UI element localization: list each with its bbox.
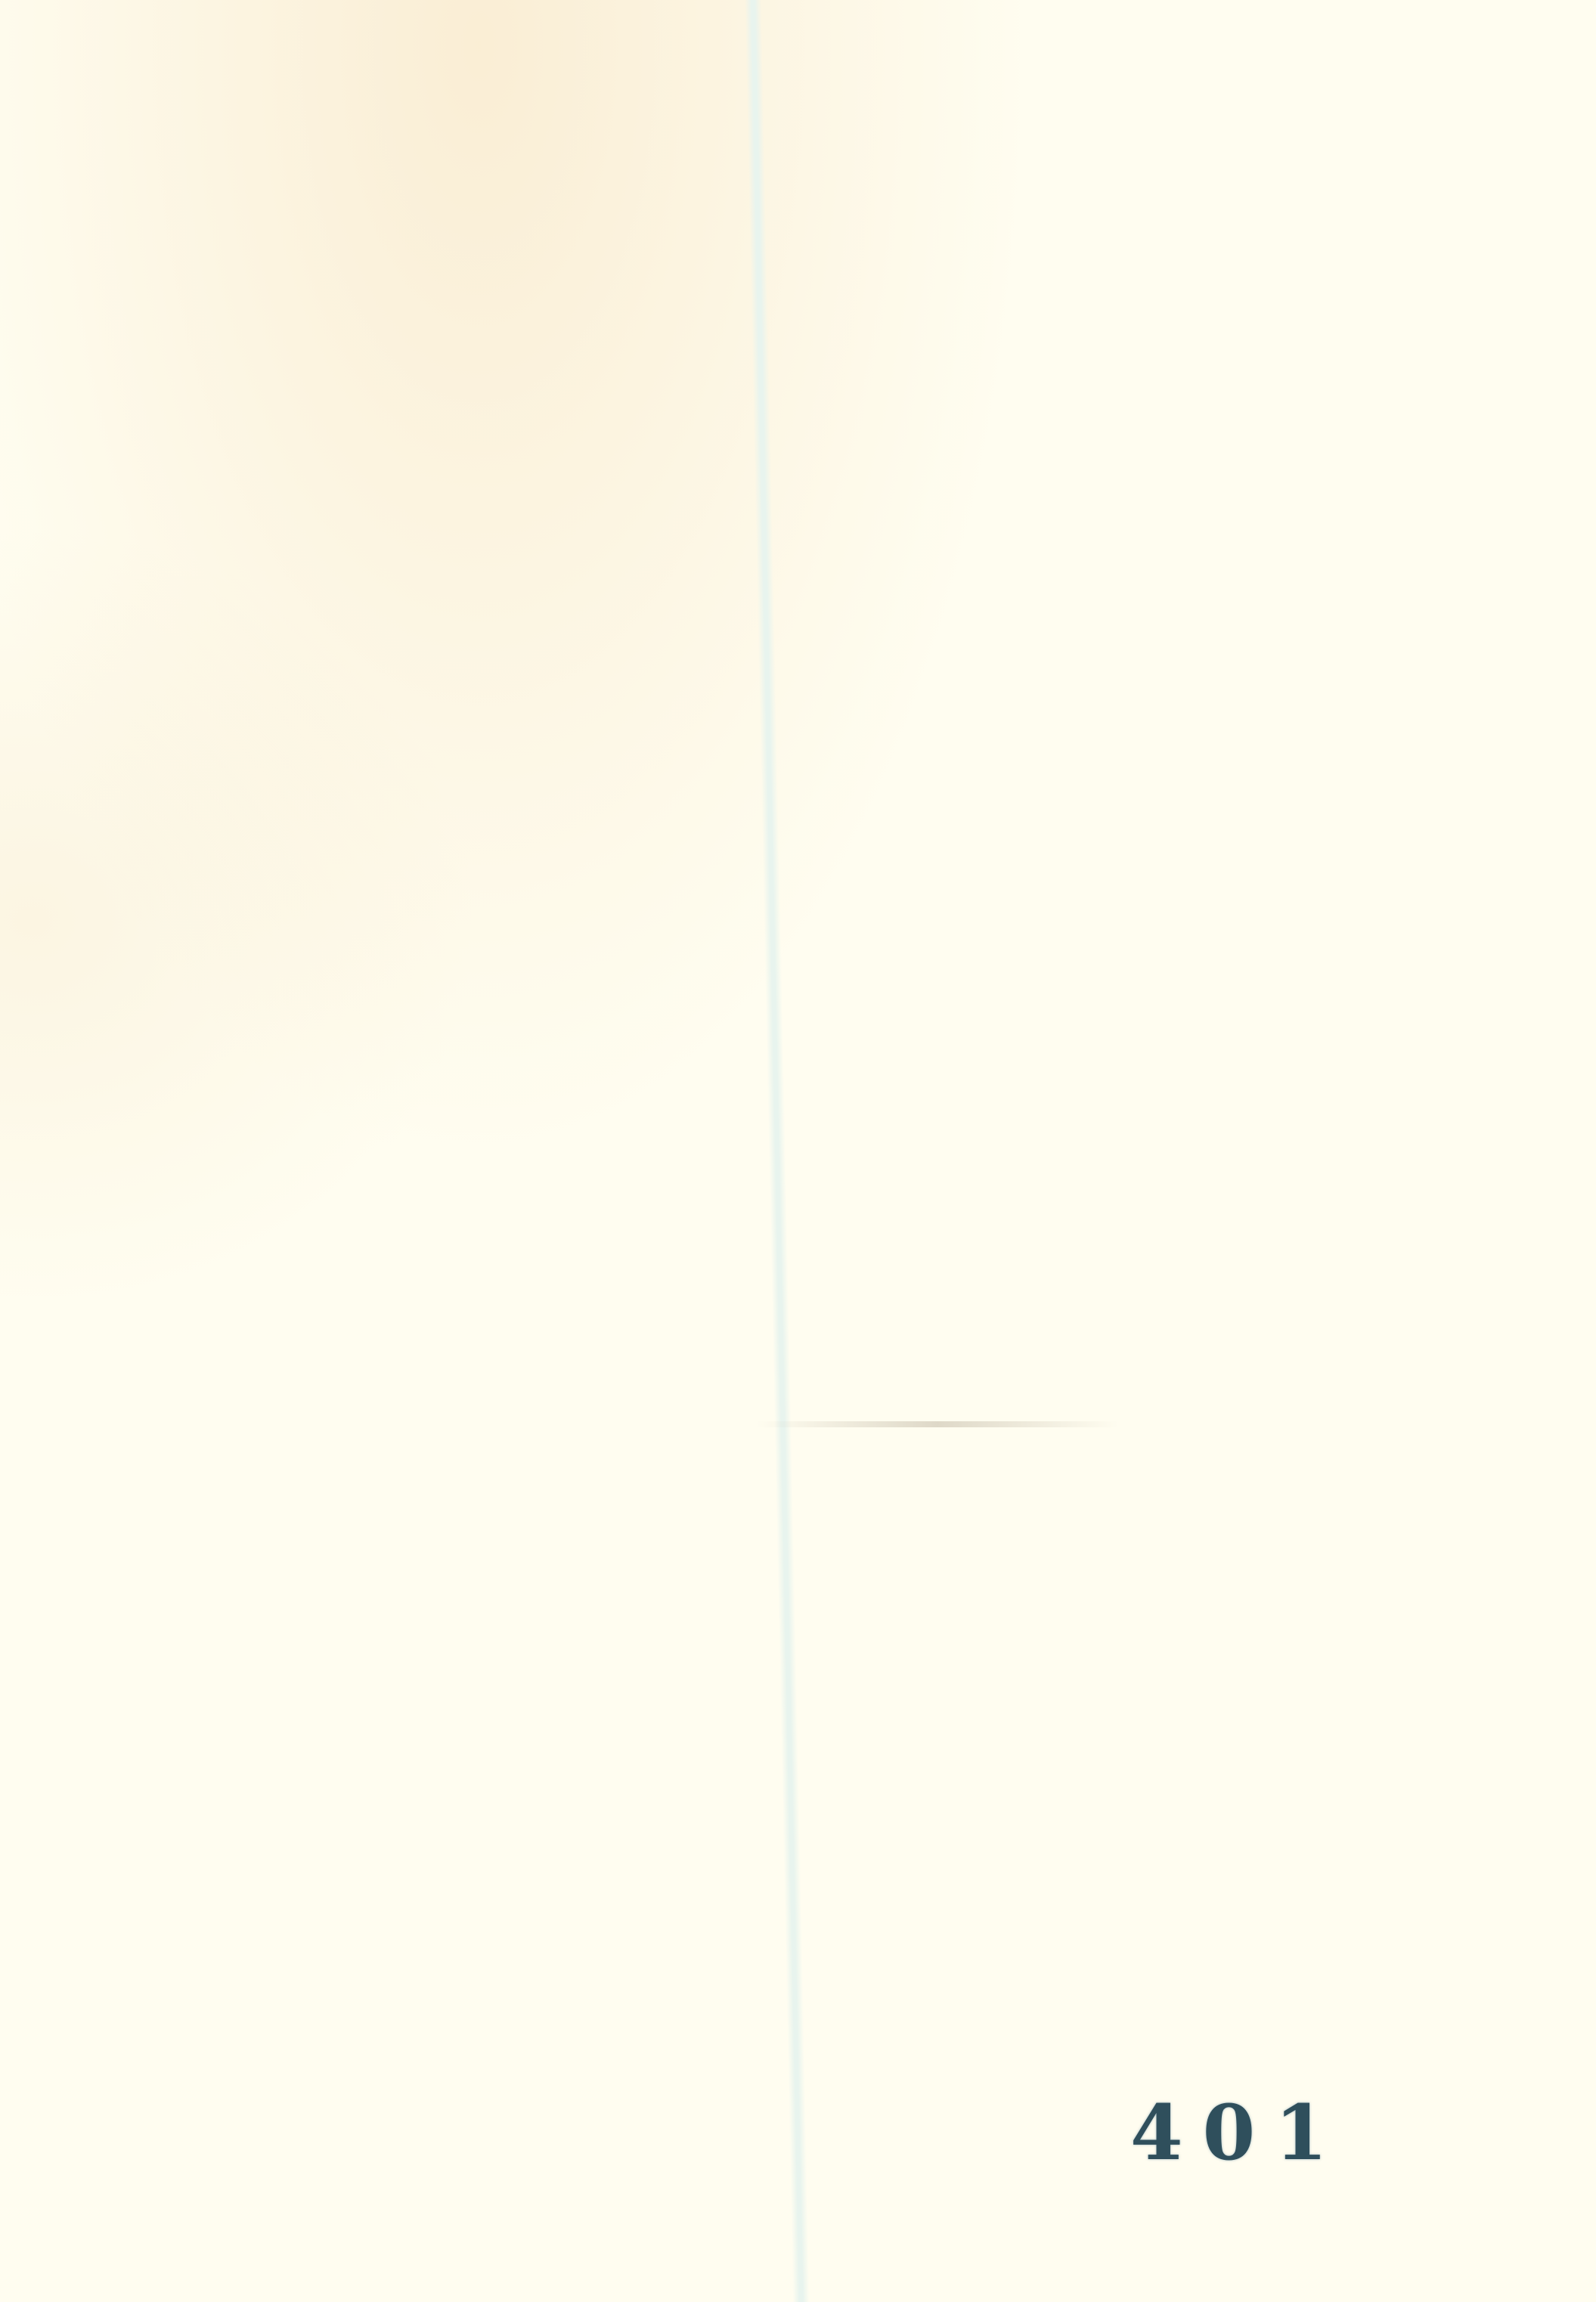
- page-number-stamp: 401: [1130, 2088, 1347, 2177]
- paper-page: 401: [0, 0, 1596, 2302]
- smudge-mark: [756, 1421, 1119, 1427]
- fold-line: [745, 0, 810, 2302]
